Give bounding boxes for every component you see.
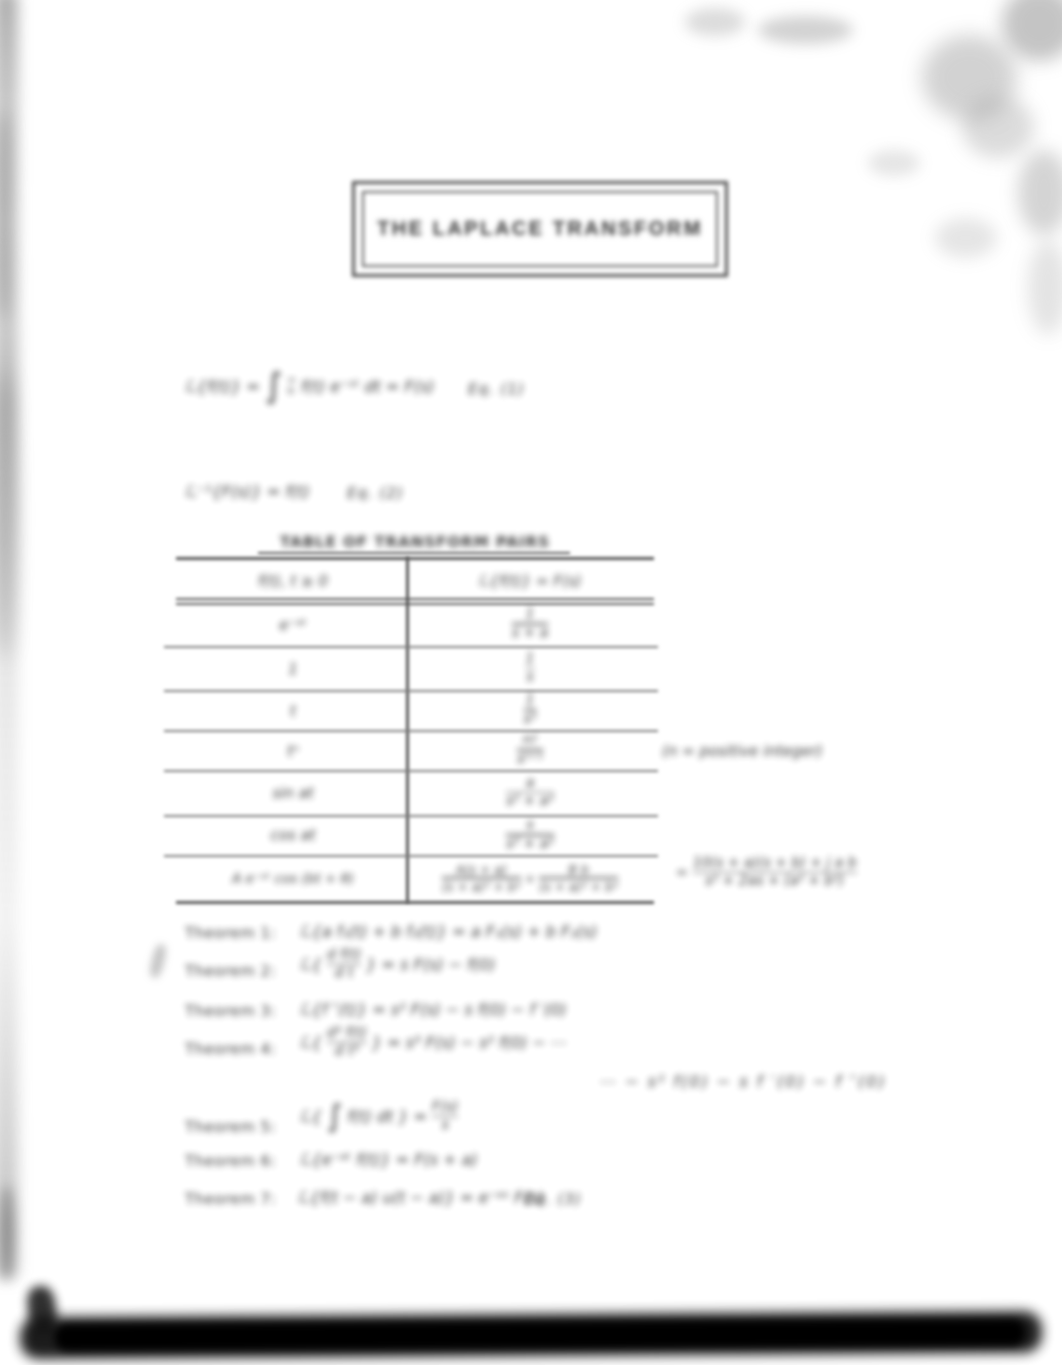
scan-bottom-bar-core xyxy=(55,1319,1025,1350)
eq1-rhs: f(t) e⁻ˢᵗ dt = F(s) xyxy=(301,377,435,396)
page-title: THE LAPLACE TRANSFORM xyxy=(377,218,703,241)
table-col1-header: f(t), t ≥ 0 xyxy=(180,566,406,596)
theorem-formula: ℒ{e⁻ᵃᵗ f(t)} = F(s + a) xyxy=(300,1150,478,1169)
table-row-F: 1 s xyxy=(408,647,652,690)
header-double-rule-1 xyxy=(176,598,654,600)
integral-limits: ∞ 0 xyxy=(287,375,295,398)
fraction-denominator: s² + a² xyxy=(506,837,554,852)
table-caption: TABLE OF TRANSFORM PAIRS xyxy=(180,533,650,551)
theorem-label: Theorem 2: xyxy=(185,962,276,980)
scan-smudge-tr-8 xyxy=(1028,240,1062,335)
fraction-numerator: 10(s + a)(s + b) + j a b xyxy=(693,856,857,871)
table-row-F: a s² + a² xyxy=(408,770,652,815)
scanned-page: THE LAPLACE TRANSFORM ℒ{f(t)} = ∫ ∞ 0 f(… xyxy=(0,0,1062,1365)
integral-lower-limit: 0 xyxy=(287,386,295,398)
fraction-denominator: d t xyxy=(335,966,354,981)
theorem5-body: f(t) dt } = xyxy=(347,1107,427,1126)
eq1-tag: Eq. (1) xyxy=(468,380,525,398)
theorem4-pre: ℒ{ xyxy=(300,1033,322,1052)
theorem-label: Theorem 7: xyxy=(185,1190,276,1208)
theorem-formula: ℒ{ ∫ f(t) dt } = F(s) s xyxy=(300,1100,458,1133)
fraction-denominator: sⁿ⁺¹ xyxy=(517,752,543,767)
table-row-F: 1 s² xyxy=(408,690,652,730)
side-identity-formula: = 10(s + a)(s + b) + j a b s² + 2as + (a… xyxy=(676,856,857,889)
scan-smudge-tr-1 xyxy=(685,8,745,36)
fraction-numerator: 1 xyxy=(526,652,535,667)
scan-smudge-tr-5 xyxy=(1018,150,1062,235)
plus-sign: + xyxy=(525,871,535,886)
theorem-formula: ℒ{f ″(t)} = s² F(s) − s f(0) − f ′(0) xyxy=(300,1000,567,1019)
scan-smudge-tr-7 xyxy=(935,218,997,258)
theorem-label: Theorem 6: xyxy=(185,1152,276,1170)
fraction-numerator: 1 xyxy=(526,693,535,708)
fraction-denominator: d t³ xyxy=(335,1044,359,1059)
theorem4-continuation: ⋯ − s² f(0) − s f ′(0) − f ″(0) xyxy=(600,1072,887,1091)
scan-smudge-tr-6 xyxy=(868,150,920,176)
fraction-denominator: s² xyxy=(524,712,537,727)
table-row-f: e⁻ᵃᵗ xyxy=(180,604,406,646)
table-row-f: A e⁻ᵃᵗ cos (bt + θ) xyxy=(180,856,406,901)
fraction-numerator: 1 xyxy=(526,607,535,622)
fraction-numerator: s xyxy=(526,818,533,833)
integral-icon: ∫ xyxy=(327,1104,343,1130)
laplace-definition-equation: ℒ{f(t)} = ∫ ∞ 0 f(t) e⁻ˢᵗ dt = F(s) xyxy=(185,372,434,401)
table-row-f: cos at xyxy=(180,816,406,854)
fraction-numerator: n! xyxy=(523,733,538,748)
fraction-numerator: a xyxy=(526,776,535,791)
title-box: THE LAPLACE TRANSFORM xyxy=(352,181,728,277)
table-row-f: tⁿ xyxy=(180,731,406,770)
fraction-denominator: s xyxy=(442,1118,449,1133)
fraction-denominator: (s + a)² + b² xyxy=(539,880,618,893)
scan-pen-tick xyxy=(148,943,168,979)
fraction-denominator: s² + a² xyxy=(506,794,554,809)
table-top-rule xyxy=(176,557,654,560)
integral-icon: ∫ xyxy=(265,372,283,401)
integral-upper-limit: ∞ xyxy=(287,375,295,387)
theorem-formula: ℒ{ d f(t) d t } = s F(s) − f(0) xyxy=(300,948,495,981)
inverse-laplace-equation: ℒ⁻¹{F(s)} = f(t) xyxy=(185,482,310,501)
caption-underline xyxy=(258,552,570,554)
theorem-formula: ℒ{f(t − a) u(t − a)} = e⁻ᵃˢ F(s) xyxy=(298,1188,544,1207)
table-row-F: 1 s + a xyxy=(408,602,652,646)
fraction-numerator: B b xyxy=(568,863,588,876)
theorem-formula: ℒ{ d³ f(t) d t³ } = s³ F(s) − s² f(0) − … xyxy=(300,1026,567,1059)
fraction-denominator: (s + a)² + b² xyxy=(442,880,521,893)
table-row-F: A(s + a) (s + a)² + b² + B b (s + a)² + … xyxy=(408,853,652,903)
eq2-tag: Eq. (2) xyxy=(347,484,404,502)
fraction-numerator: A(s + a) xyxy=(456,863,507,876)
fraction-numerator: F(s) xyxy=(432,1100,458,1115)
table-row-F: n! sⁿ⁺¹ xyxy=(408,730,652,770)
note-positive-integer: (n = positive integer) xyxy=(662,742,823,760)
theorem2-pre: ℒ{ xyxy=(300,955,322,974)
eq1-lhs: ℒ{f(t)} = xyxy=(185,377,260,396)
theorem-formula: ℒ{a f₁(t) + b f₂(t)} = a F₁(s) + b F₂(s) xyxy=(300,922,597,941)
fraction-denominator: s² + 2as + (a² + b²) xyxy=(705,874,844,889)
table-col2-header: ℒ{f(t)} = F(s) xyxy=(408,566,652,596)
theorem4-post: } = s³ F(s) − s² f(0) − ⋯ xyxy=(372,1033,567,1052)
scan-smudge-tr-4 xyxy=(962,96,1034,158)
theorem7-eq-tag: Eq. (3) xyxy=(525,1190,582,1208)
scan-corner-top-right xyxy=(1002,0,1062,61)
table-row-F: s s² + a² xyxy=(408,815,652,855)
fraction-denominator: s xyxy=(526,670,533,685)
theorem-label: Theorem 3: xyxy=(185,1002,276,1020)
fraction-numerator: d³ f(t) xyxy=(327,1026,367,1041)
theorem-label: Theorem 4: xyxy=(185,1040,276,1058)
theorem5-pre: ℒ{ xyxy=(300,1107,322,1126)
scan-smudge-left-bottom xyxy=(0,1185,14,1280)
table-row-f: t xyxy=(180,691,406,730)
theorem-label: Theorem 1: xyxy=(185,924,276,942)
scan-smudge-tr-2 xyxy=(758,16,853,44)
fraction-numerator: d f(t) xyxy=(327,948,362,963)
table-row-f: 1 xyxy=(180,648,406,690)
fraction-denominator: s + a xyxy=(512,626,549,641)
side-identity-prefix: = xyxy=(676,865,688,881)
table-bottom-rule xyxy=(176,901,654,904)
table-row-f: sin at xyxy=(180,771,406,814)
theorem2-post: } = s F(s) − f(0) xyxy=(366,955,495,974)
theorem-label: Theorem 5: xyxy=(185,1118,276,1136)
